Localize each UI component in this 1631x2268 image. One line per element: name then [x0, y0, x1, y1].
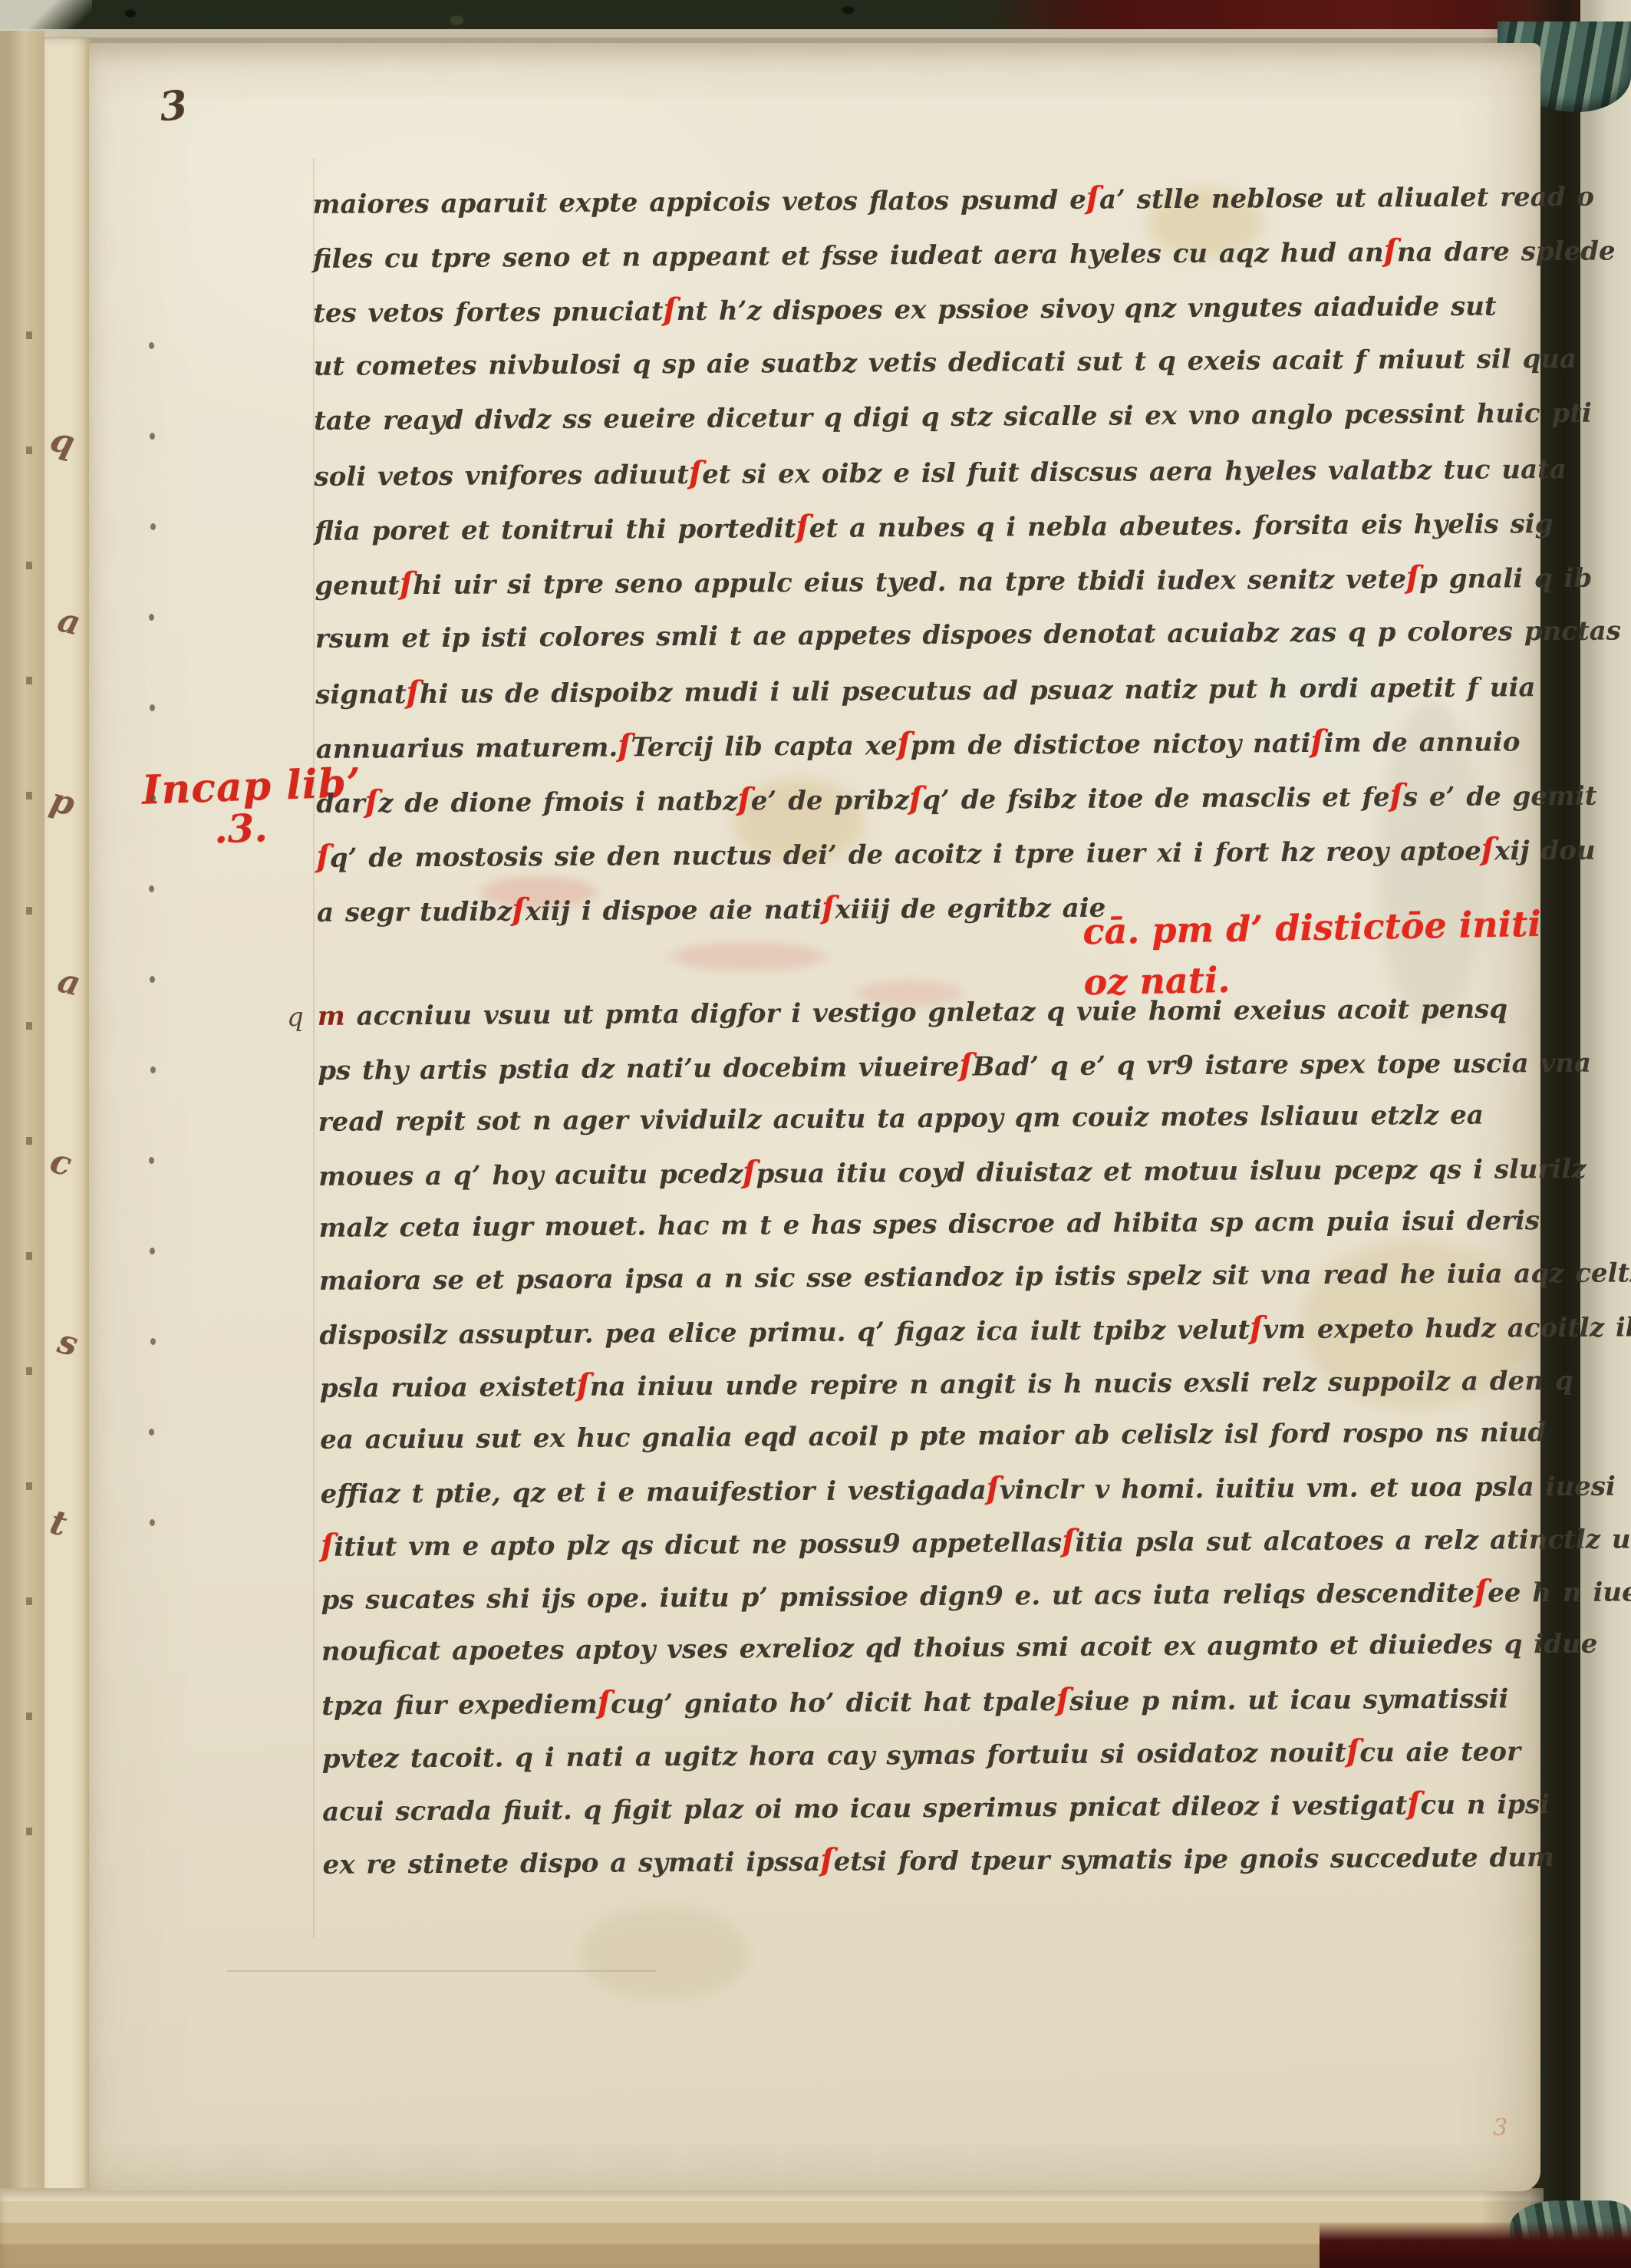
paraph-mark: ſ — [743, 1154, 756, 1190]
prick-mark — [150, 795, 156, 802]
text-segment: z de dione fmois i natbz — [378, 786, 738, 819]
text-segment: flia poret et tonitrui thi portedit — [315, 513, 796, 547]
text-segment: itiut vm e apto plz qs dicut ne possu9 a… — [334, 1528, 1062, 1563]
manuscript-line: ſq’ de mostosis sie den nuctus dei’ de a… — [316, 825, 1544, 887]
ruling-line-horizontal — [227, 1970, 657, 1972]
paraph-mark: ſ — [987, 1470, 1000, 1506]
rubricated-initial: m — [318, 1001, 357, 1032]
book-scene: qapacst 3 Incap lib’ .3. q cā. pm d’ dis… — [0, 0, 1631, 2268]
text-segment: malz ceta iugr mouet. hac m t e has spes… — [318, 1205, 1540, 1244]
text-block: maiores aparuit expte appicois vetos fla… — [312, 171, 1550, 1893]
edge-ink-mark: a — [54, 961, 84, 1004]
prick-mark — [150, 1248, 155, 1254]
text-segment: dar — [316, 789, 365, 819]
manuscript-line: ſitiut vm e apto plz qs dicut ne possu9 … — [321, 1515, 1548, 1575]
paraph-mark: ſ — [321, 1528, 334, 1564]
manuscript-line: m accniuu vsuu ut pmta digfor i vestigo … — [318, 985, 1545, 1046]
prick-mark — [149, 885, 154, 892]
prick-mark — [149, 1429, 154, 1436]
prick-mark — [149, 342, 154, 349]
paraph-mark: ſ — [1406, 559, 1420, 595]
paraph-mark: ſ — [959, 1047, 973, 1083]
text-segment: siue p nim. ut icau symatissii — [1069, 1683, 1508, 1716]
text-segment: ps thy artis pstia dz nati’u docebim viu… — [318, 1052, 959, 1086]
prick-mark — [150, 1519, 155, 1526]
text-segment: maiores aparuit expte appicois vetos fla… — [312, 185, 1086, 220]
text-segment: disposilz assuptur. pea elice primu. q’ … — [319, 1314, 1250, 1350]
text-segment: psla ruioa existet — [320, 1372, 577, 1404]
paraph-mark: ſ — [1086, 180, 1100, 216]
text-segment: tpza fiur expediem — [321, 1689, 598, 1722]
facing-page-edge — [1580, 0, 1631, 2268]
manuscript-line: maiores aparuit expte appicois vetos fla… — [312, 171, 1540, 233]
manuscript-line: malz ceta iugr mouet. hac m t e has spes… — [318, 1197, 1546, 1258]
paraph-mark: ſ — [796, 509, 809, 545]
manuscript-photo: { "page": { "folio_number": "3", "margin… — [0, 0, 1631, 2268]
manuscript-line: rsum et ip isti colores smli t ae appete… — [315, 607, 1543, 669]
paraph-mark: ſ — [598, 1685, 611, 1721]
text-segment: moues a q’ hoy acuitu pcedz — [318, 1159, 743, 1192]
text-block-upper: maiores aparuit expte appicois vetos fla… — [312, 171, 1544, 941]
prick-mark — [150, 433, 155, 440]
prick-mark — [149, 614, 154, 621]
text-segment: cug’ gniato ho’ dicit hat tpale — [611, 1686, 1056, 1720]
text-segment: accniuu vsuu ut pmta digfor i vestigo gn… — [357, 994, 1508, 1031]
text-segment: ps sucates shi ijs ope. iuitu p’ pmissio… — [321, 1578, 1474, 1616]
manuscript-line: nouficat apoetes aptoy vses exrelioz qd … — [321, 1620, 1549, 1681]
text-segment: cu n ipsi — [1420, 1789, 1550, 1821]
text-segment: xij dou — [1494, 836, 1596, 867]
text-segment: na dare splede — [1397, 236, 1616, 269]
manuscript-line: tes vetos fortes pnuciatſnt h’z dispoes … — [313, 280, 1540, 342]
paraph-mark: ſ — [822, 890, 835, 926]
text-segment: files cu tpre seno et n appeant et fsse … — [313, 237, 1384, 275]
paraph-mark: ſ — [400, 565, 414, 602]
text-segment: im de annuio — [1324, 727, 1521, 759]
paraph-mark: ſ — [1250, 1310, 1264, 1346]
text-segment: rsum et ip isti colores smli t ae appete… — [315, 615, 1631, 654]
manuscript-line: ut cometes nivbulosi q sp aie suatbz vet… — [313, 335, 1540, 397]
prick-mark — [150, 1066, 156, 1073]
text-segment: tes vetos fortes pnuciat — [313, 296, 663, 329]
paraph-mark: ſ — [1390, 777, 1404, 813]
page-edges-left-outer — [0, 31, 44, 2268]
edge-ink-mark: t — [46, 1502, 71, 1544]
text-segment: a’ stlle neblose ut aliualet read o — [1099, 182, 1594, 216]
page-edges-left-inner: qapacst — [44, 38, 92, 2268]
paraph-mark: ſ — [663, 292, 677, 328]
paraph-mark: ſ — [1384, 232, 1398, 269]
text-segment: Tercij lib capta xe — [631, 730, 897, 763]
manuscript-line: maiora se et psaora ipsa a n sic sse est… — [319, 1250, 1547, 1310]
text-segment: read repit sot n ager vividuilz acuitu t… — [318, 1100, 1484, 1138]
paraph-mark: ſ — [1062, 1523, 1076, 1559]
text-segment: psua itiu coyd diuistaz et motuu isluu p… — [756, 1154, 1586, 1190]
edge-ink-mark: q — [46, 420, 78, 463]
paraph-mark: ſ — [1481, 832, 1495, 868]
text-segment: ex re stinete dispo a symati ipssa — [322, 1847, 820, 1881]
text-segment: vm expeto hudz acoitlz ibz — [1263, 1312, 1631, 1345]
edge-ink-mark: c — [46, 1142, 75, 1185]
text-segment: annuarius maturem. — [316, 732, 618, 764]
paraph-mark: ſ — [576, 1367, 590, 1403]
text-segment: hi us de dispoibz mudi i uli psecutus ad… — [420, 672, 1536, 710]
paraph-mark: ſ — [512, 892, 526, 928]
text-segment: maiora se et psaora ipsa a n sic sse est… — [319, 1258, 1631, 1297]
manuscript-line: ps thy artis pstia dz nati’u docebim viu… — [318, 1038, 1545, 1099]
manuscript-page: 3 Incap lib’ .3. q cā. pm d’ distictōe i… — [89, 43, 1540, 2191]
margin-paragraph-mark: q — [287, 1002, 304, 1033]
prick-mark — [150, 976, 155, 983]
text-segment: ee h n iueo. — [1488, 1577, 1631, 1608]
text-segment: p gnali q ib — [1419, 563, 1592, 595]
text-segment: na iniuu unde repire n angit is h nucis … — [590, 1366, 1573, 1403]
manuscript-line: darſz de dione fmois i natbzſe’ de pribz… — [316, 770, 1544, 832]
text-segment: nouficat apoetes aptoy vses exrelioz qd … — [321, 1629, 1598, 1667]
manuscript-line: signatſhi us de dispoibz mudi i uli psec… — [315, 661, 1543, 724]
paraph-mark: ſ — [1407, 1785, 1421, 1821]
text-segment: nt h’z dispoes ex pssioe sivoy qnz vngut… — [677, 291, 1497, 327]
folio-number: 3 — [157, 81, 189, 130]
edge-tick-marks — [26, 246, 32, 1857]
text-segment: a segr tudibz — [317, 896, 512, 928]
text-segment: et si ex oibz e isl fuit discsus aera hy… — [702, 454, 1567, 490]
manuscript-line: tpza fiur expediemſcug’ gniato ho’ dicit… — [321, 1673, 1549, 1734]
text-segment: ut cometes nivbulosi q sp aie suatbz vet… — [314, 344, 1577, 382]
prick-mark — [150, 523, 156, 530]
paraph-mark: ſ — [1346, 1733, 1360, 1769]
manuscript-line: a segr tudibzſxiij i dispoe aie natiſxii… — [317, 879, 1544, 941]
page-edges-bottom — [0, 2188, 1544, 2268]
manuscript-line: ea acuiuu sut ex huc gnalia eqd acoil p … — [320, 1409, 1547, 1469]
paraph-mark: ſ — [1310, 724, 1324, 760]
text-segment: cu aie teor — [1359, 1736, 1521, 1768]
catch-mark: 3 — [1493, 2115, 1507, 2141]
text-segment: q’ de mostosis sie den nuctus dei’ de ac… — [330, 836, 1481, 874]
text-segment: s e’ de gemit — [1403, 781, 1597, 813]
text-segment: xiiij de egritbz aie — [835, 893, 1105, 925]
text-block-lower: m accniuu vsuu ut pmta digfor i vestigo … — [318, 985, 1550, 1893]
text-segment: q’ de fsibz itoe de masclis et fe — [922, 782, 1390, 816]
manuscript-line: soli vetos vnifores adiuutſet si ex oibz… — [314, 443, 1541, 506]
text-segment: ea acuiuu sut ex huc gnalia eqd acoil p … — [320, 1417, 1546, 1455]
paraph-mark: ſ — [898, 726, 911, 762]
text-segment: soli vetos vnifores adiuut — [314, 460, 689, 493]
cover-maroon-bottom-right — [1320, 2222, 1631, 2268]
paraph-mark: ſ — [365, 783, 379, 819]
paraph-mark: ſ — [820, 1842, 834, 1878]
text-segment: etsi ford tpeur symatis ipe gnois succed… — [834, 1842, 1555, 1877]
text-segment: itia psla sut alcatoes a relz atinctlz u… — [1075, 1524, 1631, 1558]
manuscript-line: moues a q’ hoy acuitu pcedzſpsua itiu co… — [318, 1144, 1546, 1205]
prick-mark — [150, 1338, 156, 1345]
manuscript-line: psla ruioa existetſna iniuu unde repire … — [320, 1356, 1547, 1416]
text-segment: tate reayd divdz ss eueire dicetur q dig… — [314, 398, 1592, 437]
text-segment: effiaz t ptie, qz et i e mauifestior i v… — [321, 1475, 987, 1510]
paraph-mark: ſ — [737, 781, 751, 817]
text-segment: hi uir si tpre seno appulc eius tyed. na… — [413, 564, 1406, 601]
manuscript-line: pvtez tacoit. q i nati a ugitz hora cay … — [322, 1726, 1550, 1787]
paraph-mark: ſ — [1056, 1682, 1070, 1718]
manuscript-line: tate reayd divdz ss eueire dicetur q dig… — [314, 389, 1541, 451]
paraph-mark: ſ — [316, 839, 330, 875]
manuscript-line: ex re stinete dispo a symati ipssaſetsi … — [322, 1832, 1550, 1893]
paraph-mark: ſ — [618, 727, 631, 763]
paraph-mark: ſ — [689, 455, 703, 491]
text-segment: et a nubes q i nebla abeutes. forsita ei… — [809, 509, 1554, 544]
prick-mark — [150, 704, 155, 711]
edge-ink-mark: s — [54, 1322, 81, 1364]
edge-ink-mark: a — [54, 600, 84, 643]
manuscript-line: read repit sot n ager vividuilz acuitu t… — [318, 1091, 1546, 1152]
text-segment: Bad’ q e’ q vr9 istare spex tope uscia v… — [973, 1048, 1591, 1083]
text-segment: signat — [315, 679, 407, 710]
text-segment: e’ de pribz — [751, 785, 909, 816]
manuscript-line: disposilz assuptur. pea elice primu. q’ … — [319, 1303, 1547, 1363]
text-segment: vinclr v homi. iuitiu vm. et uoa psla iu… — [1000, 1472, 1616, 1506]
manuscript-line: acui scrada fiuit. q figit plaz oi mo ic… — [322, 1779, 1550, 1840]
text-segment: genut — [315, 570, 400, 602]
edge-ink-mark: p — [46, 780, 78, 824]
manuscript-line: annuarius maturem.ſTercij lib capta xeſp… — [316, 716, 1544, 778]
manuscript-line: flia poret et tonitrui thi porteditſet a… — [315, 498, 1542, 560]
text-segment: acui scrada fiuit. q figit plaz oi mo ic… — [322, 1790, 1407, 1828]
paraph-mark: ſ — [909, 780, 923, 816]
text-segment: xiij i dispoe aie nati — [526, 895, 822, 927]
text-segment: pm de distictoe nictoy nati — [911, 728, 1311, 761]
manuscript-line: files cu tpre seno et n appeant et fsse … — [313, 226, 1540, 288]
manuscript-line: genutſhi uir si tpre seno appulc eius ty… — [315, 552, 1542, 615]
manuscript-line: ps sucates shi ijs ope. iuitu p’ pmissio… — [321, 1567, 1548, 1628]
manuscript-line: effiaz t ptie, qz et i e mauifestior i v… — [320, 1462, 1547, 1522]
text-segment: pvtez tacoit. q i nati a ugitz hora cay … — [322, 1738, 1347, 1775]
prick-mark — [149, 1157, 154, 1164]
paraph-mark: ſ — [1474, 1574, 1488, 1610]
paraph-mark: ſ — [406, 674, 420, 710]
parchment-stain — [580, 1907, 749, 1999]
